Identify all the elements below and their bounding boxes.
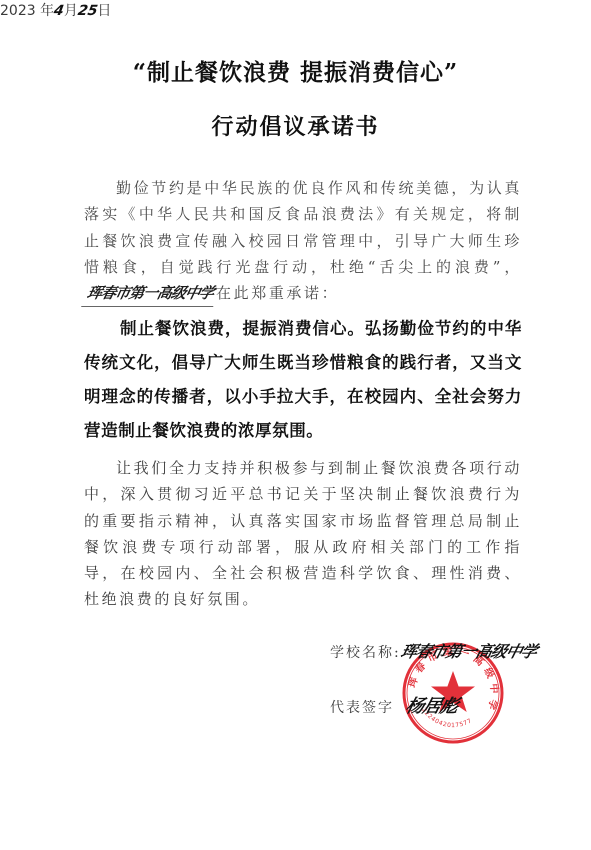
school-name-signature: 珲春市第一高级中学 <box>398 641 539 663</box>
date-day: 25 <box>76 0 99 22</box>
intro-text-end: 在此郑重承诺： <box>216 284 339 302</box>
representative-signature: 杨居彪 <box>404 696 460 718</box>
document-title: “制止餐饮浪费 提振消费信心” <box>0 58 591 88</box>
document-page: “制止餐饮浪费 提振消费信心” 行动倡议承诺书 勤俭节约是中华民族的优良作风和传… <box>0 0 591 850</box>
intro-paragraph: 勤俭节约是中华民族的优良作风和传统美德，为认真落实《中华人民共和国反食品浪费法》… <box>84 175 522 307</box>
date-day-label: 日 <box>97 3 111 19</box>
school-name-row: 学校名称:珲春市第一高级中学 <box>330 641 536 664</box>
school-name-label: 学校名称: <box>330 645 401 661</box>
representative-row: 代表签字 杨居彪 <box>330 696 457 719</box>
signing-date: 2023 年4月25日 <box>0 0 591 22</box>
date-year: 2023 年 <box>0 3 54 19</box>
date-month-label: 月 <box>64 3 78 19</box>
action-paragraph: 让我们全力支持并积极参与到制止餐饮浪费各项行动中，深入贯彻习近平总书记关于坚决制… <box>84 455 522 613</box>
pledge-paragraph: 制止餐饮浪费，提振消费信心。弘扬勤俭节约的中华传统文化，倡导广大师生既当珍惜粮食… <box>84 312 522 448</box>
representative-label: 代表签字 <box>330 700 394 716</box>
handwritten-school-name: 珲春市第一高级中学 <box>81 280 219 307</box>
intro-text: 勤俭节约是中华民族的优良作风和传统美德，为认真落实《中华人民共和国反食品浪费法》… <box>84 179 522 276</box>
document-subtitle: 行动倡议承诺书 <box>0 112 591 142</box>
